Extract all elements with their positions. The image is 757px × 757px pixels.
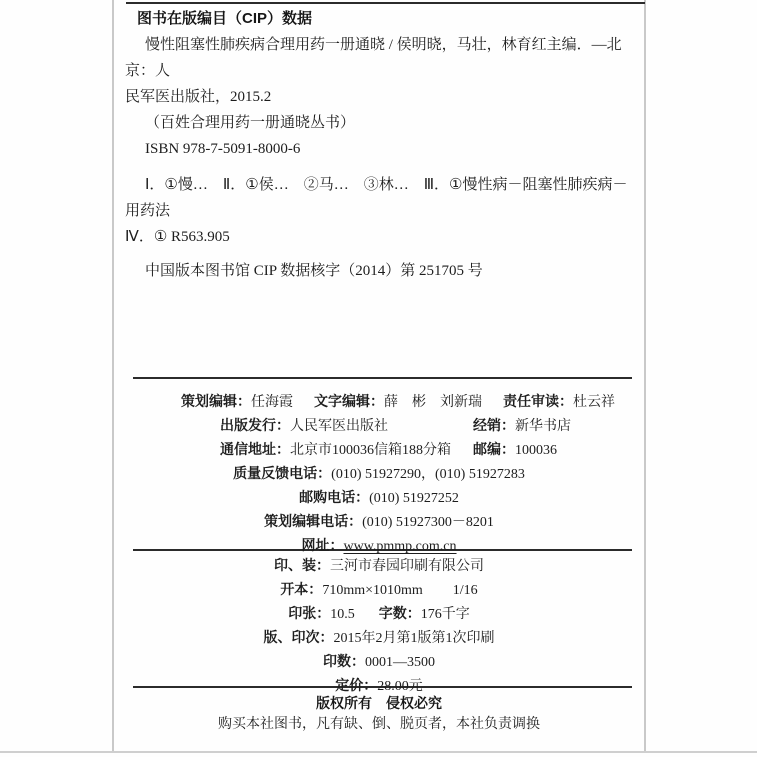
isbn-number: ISBN 978-7-5091-8000-6 xyxy=(125,136,639,162)
cip-description-line-2: 民军医出版社，2015.2 xyxy=(125,84,639,110)
mail-order-phone-value: (010) 51927252 xyxy=(369,491,459,506)
address-label: 通信地址： xyxy=(220,441,290,457)
planning-phone-value: (010) 51927300－8201 xyxy=(362,515,494,530)
sheets-label: 印张： xyxy=(288,605,330,621)
colophon-row-planning-phone: 策划编辑电话：(010) 51927300－8201 xyxy=(113,510,645,534)
publisher-item: 出版发行：人民军医出版社 xyxy=(220,419,388,434)
colophon-section: 策划编辑：任海霞 文字编辑：薛 彬 刘新瑞 责任审读：杜云祥 出版发行：人民军医… xyxy=(113,390,645,558)
address-item: 通信地址：北京市100036信箱188分箱 xyxy=(220,443,451,458)
colophon-row-address: 通信地址：北京市100036信箱188分箱 邮编：100036 xyxy=(113,438,645,462)
distributor-label: 经销： xyxy=(473,417,515,433)
postcode-label: 邮编： xyxy=(473,441,515,457)
distributor-value: 新华书店 xyxy=(515,419,571,434)
planning-phone-label: 策划编辑电话： xyxy=(264,513,362,529)
printing-row-printer: 印、装：三河市春园印刷有限公司 xyxy=(113,554,645,578)
print-run-label: 印数： xyxy=(323,653,365,669)
format-value: 710mm×1010mm xyxy=(322,583,422,598)
printing-row-format: 开本：710mm×1010mm1/16 xyxy=(113,578,645,602)
printing-row-edition: 版、印次：2015年2月第1版第1次印刷 xyxy=(113,626,645,650)
printing-row-print-run: 印数：0001—3500 xyxy=(113,650,645,674)
distributor-item: 经销：新华书店 xyxy=(473,414,571,438)
cip-section: 图书在版编目（CIP）数据 慢性阻塞性肺疾病合理用药一册通晓 / 侯明晓，马壮，… xyxy=(113,0,645,284)
edition-label: 版、印次： xyxy=(264,629,334,645)
colophon-row-editors: 策划编辑：任海霞 文字编辑：薛 彬 刘新瑞 责任审读：杜云祥 xyxy=(113,390,645,414)
printing-row-sheets-words: 印张：10.5字数：176千字 xyxy=(113,602,645,626)
sheets-value: 10.5 xyxy=(330,607,355,622)
printer-value: 三河市春园印刷有限公司 xyxy=(330,559,484,574)
publisher-label: 出版发行： xyxy=(220,417,290,433)
publisher-value: 人民军医出版社 xyxy=(290,419,388,434)
mail-order-phone-label: 邮购电话： xyxy=(299,489,369,505)
planning-editor-label: 策划编辑： xyxy=(181,393,251,409)
address-value: 北京市100036信箱188分箱 xyxy=(290,443,451,458)
website-label: 网址： xyxy=(301,537,343,553)
reviewer-value: 杜云祥 xyxy=(573,395,615,410)
printing-section: 印、装：三河市春园印刷有限公司 开本：710mm×1010mm1/16 印张：1… xyxy=(113,554,645,698)
website-url: www.pmmp.com.cn xyxy=(343,539,456,554)
reviewer-item: 责任审读：杜云祥 xyxy=(503,390,615,414)
colophon-row-mail-order-phone: 邮购电话：(010) 51927252 xyxy=(113,486,645,510)
edition-value: 2015年2月第1版第1次印刷 xyxy=(334,631,495,646)
cip-classification-line-1: Ⅰ．①慢… Ⅱ．①侯… ②马… ③林… Ⅲ．①慢性病－阻塞性肺疾病－用药法 xyxy=(125,172,639,224)
cip-description-line-1: 慢性阻塞性肺疾病合理用药一册通晓 / 侯明晓，马壮，林育红主编．—北京：人 xyxy=(125,32,639,84)
printer-label: 印、装： xyxy=(274,557,330,573)
cip-classification-line-2: Ⅳ．① R563.905 xyxy=(125,224,639,250)
text-editor-label: 文字编辑： xyxy=(314,393,384,409)
format-fraction-value: 1/16 xyxy=(453,583,478,598)
text-editor-value: 薛 彬 刘新瑞 xyxy=(384,395,482,410)
postcode-value: 100036 xyxy=(515,443,557,458)
divider-above-colophon xyxy=(133,377,632,379)
reviewer-label: 责任审读： xyxy=(503,393,573,409)
planning-editor-value: 任海霞 xyxy=(251,395,293,410)
bottom-edge-line xyxy=(0,751,757,753)
word-count-label: 字数： xyxy=(379,605,421,621)
cip-record-number: 中国版本图书馆 CIP 数据核字（2014）第 251705 号 xyxy=(125,258,639,284)
text-editor-item: 文字编辑：薛 彬 刘新瑞 xyxy=(314,390,482,414)
exchange-notice: 购买本社图书，凡有缺、倒、脱页者，本社负责调换 xyxy=(113,714,645,736)
price-label: 定价： xyxy=(335,677,377,693)
word-count-value: 176千字 xyxy=(421,607,470,622)
format-label: 开本： xyxy=(280,581,322,597)
print-run-value: 0001—3500 xyxy=(365,655,435,670)
colophon-row-publisher: 出版发行：人民军医出版社 经销：新华书店 xyxy=(113,414,645,438)
copyright-notice: 版权所有 侵权必究 xyxy=(113,692,645,714)
feedback-phone-label: 质量反馈电话： xyxy=(233,465,331,481)
cip-header: 图书在版编目（CIP）数据 xyxy=(125,6,639,32)
copyright-page: 图书在版编目（CIP）数据 慢性阻塞性肺疾病合理用药一册通晓 / 侯明晓，马壮，… xyxy=(0,0,757,757)
postcode-item: 邮编：100036 xyxy=(473,438,557,462)
colophon-row-feedback-phone: 质量反馈电话：(010) 51927290，(010) 51927283 xyxy=(113,462,645,486)
planning-editor-item: 策划编辑：任海霞 xyxy=(181,390,293,414)
feedback-phone-value: (010) 51927290，(010) 51927283 xyxy=(331,467,525,482)
cip-series-note: （百姓合理用药一册通晓丛书） xyxy=(125,110,639,136)
footer-section: 版权所有 侵权必究 购买本社图书，凡有缺、倒、脱页者，本社负责调换 xyxy=(113,692,645,736)
